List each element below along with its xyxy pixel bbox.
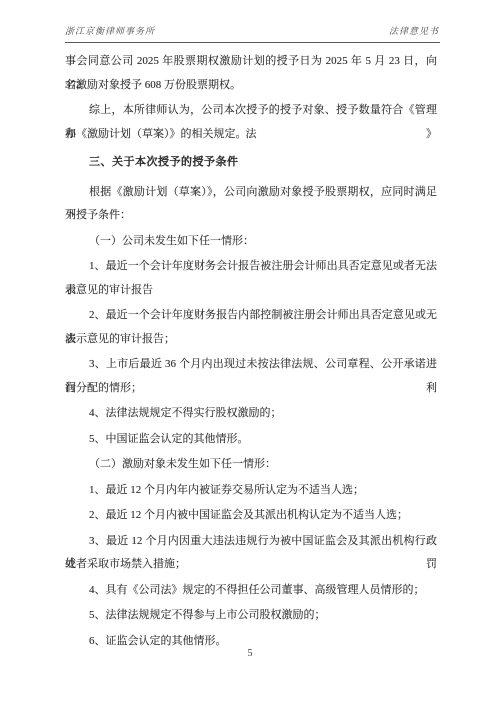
- paragraph: 综上，本所律师认为，公司本次授予的授予对象、授予数量符合《管理办法》 和《激励计…: [65, 99, 437, 146]
- list-item: 4、法律法规规定不得实行股权激励的；: [65, 402, 437, 426]
- header-rule: [65, 42, 440, 43]
- list-item: 5、法律法规规定不得参与上市公司股权激励的；: [65, 604, 437, 628]
- sub-heading: （一）公司未发生如下任一情形：: [65, 230, 437, 254]
- text-line: 综上，本所律师认为，公司本次授予的授予对象、授予数量符合《管理办法》: [65, 99, 437, 123]
- page-number: 5: [0, 648, 500, 659]
- list-item: 2、最近一个会计年度财务报告内部控制被注册会计师出具否定意见或无法 表示意见的审…: [65, 304, 437, 351]
- text-line: （二）激励对象未发生如下任一情形：: [65, 453, 437, 477]
- section-heading: 三、关于本次授予的授予条件: [65, 151, 437, 175]
- list-item: 3、最近 12 个月内因重大违法违规行为被中国证监会及其派出机构行政处罚 或者采…: [65, 530, 437, 577]
- text-line: 名激励对象授予 608 万份股票期权。: [65, 74, 437, 98]
- paragraph: 根据《激励计划（草案）》，公司向激励对象授予股票期权，应同时满足下 列授予条件：: [65, 181, 437, 228]
- list-item: 4、具有《公司法》规定的不得担任公司董事、高级管理人员情形的；: [65, 579, 437, 603]
- text-line: 4、法律法规规定不得实行股权激励的；: [65, 402, 437, 426]
- text-line: 事会同意公司 2025 年股票期权激励计划的授予日为 2025 年 5 月 23…: [65, 50, 437, 74]
- header-doc-type: 法律意见书: [389, 24, 439, 37]
- header-firm-name: 浙江京衡律师事务所: [65, 24, 155, 37]
- document-body: 事会同意公司 2025 年股票期权激励计划的授予日为 2025 年 5 月 23…: [65, 50, 437, 655]
- heading-line: 三、关于本次授予的授予条件: [65, 151, 437, 175]
- list-item: 1、最近一个会计年度财务会计报告被注册会计师出具否定意见或者无法表 示意见的审计…: [65, 255, 437, 302]
- text-line: 1、最近 12 个月内年内被证券交易所认定为不适当人选；: [65, 479, 437, 503]
- text-line: 列授予条件：: [65, 204, 437, 228]
- text-line: 5、法律法规规定不得参与上市公司股权激励的；: [65, 604, 437, 628]
- text-line: 2、最近 12 个月内被中国证监会及其派出机构认定为不适当人选；: [65, 504, 437, 528]
- text-line: 示意见的审计报告: [65, 279, 437, 303]
- text-line: 3、上市后最近 36 个月内出现过未按法律法规、公司章程、公开承诺进行利: [65, 353, 437, 377]
- document-page: 浙江京衡律师事务所 法律意见书 事会同意公司 2025 年股票期权激励计划的授予…: [0, 0, 500, 707]
- list-item: 3、上市后最近 36 个月内出现过未按法律法规、公司章程、公开承诺进行利 润分配…: [65, 353, 437, 400]
- sub-heading: （二）激励对象未发生如下任一情形：: [65, 453, 437, 477]
- text-line: （一）公司未发生如下任一情形：: [65, 230, 437, 254]
- list-item: 5、中国证监会认定的其他情形。: [65, 428, 437, 452]
- list-item: 1、最近 12 个月内年内被证券交易所认定为不适当人选；: [65, 479, 437, 503]
- text-line: 4、具有《公司法》规定的不得担任公司董事、高级管理人员情形的；: [65, 579, 437, 603]
- text-line: 5、中国证监会认定的其他情形。: [65, 428, 437, 452]
- text-line: 2、最近一个会计年度财务报告内部控制被注册会计师出具否定意见或无法: [65, 304, 437, 328]
- text-line: 根据《激励计划（草案）》，公司向激励对象授予股票期权，应同时满足下: [65, 181, 437, 205]
- list-item: 2、最近 12 个月内被中国证监会及其派出机构认定为不适当人选；: [65, 504, 437, 528]
- paragraph: 事会同意公司 2025 年股票期权激励计划的授予日为 2025 年 5 月 23…: [65, 50, 437, 97]
- text-line: 3、最近 12 个月内因重大违法违规行为被中国证监会及其派出机构行政处罚: [65, 530, 437, 554]
- running-header: 浙江京衡律师事务所 法律意见书: [65, 24, 439, 37]
- text-line: 表示意见的审计报告；: [65, 328, 437, 352]
- text-line: 1、最近一个会计年度财务会计报告被注册会计师出具否定意见或者无法表: [65, 255, 437, 279]
